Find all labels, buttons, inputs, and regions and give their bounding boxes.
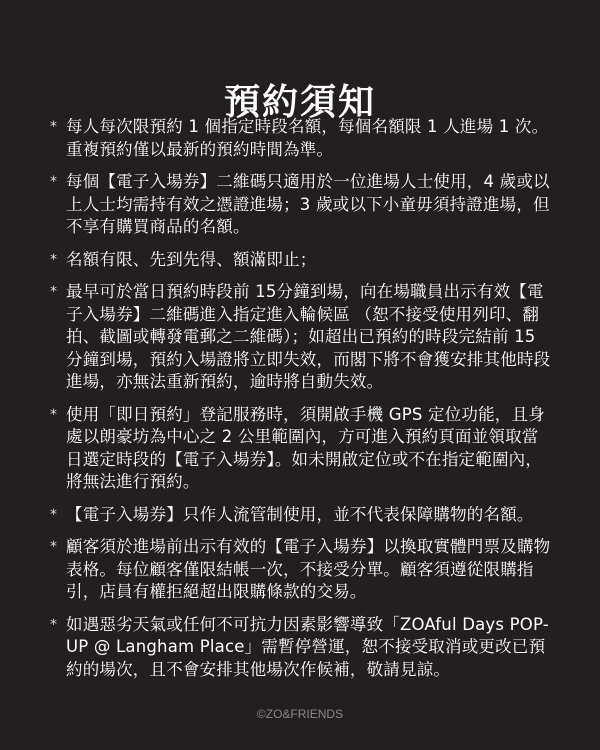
notice-item: * 如遇惡劣天氣或任何不可抗力因素影響導致「ZOAful Days POP-UP… (50, 614, 555, 682)
notice-text: 如遇惡劣天氣或任何不可抗力因素影響導致「ZOAful Days POP-UP @… (66, 615, 549, 679)
asterisk-bullet-icon: * (50, 281, 57, 304)
asterisk-bullet-icon: * (50, 404, 57, 427)
asterisk-bullet-icon: * (50, 116, 57, 139)
notice-list: * 每人每次限預約 1 個指定時段名額，每個名額限 1 人進場 1 次。重複預約… (50, 116, 555, 691)
asterisk-bullet-icon: * (50, 536, 57, 559)
asterisk-bullet-icon: * (50, 249, 57, 272)
notice-item: * 顧客須於進場前出示有效的【電子入場券】以換取實體門票及購物表格。每位顧客僅限… (50, 536, 555, 604)
notice-item: * 【電子入場券】只作人流管制使用，並不代表保障購物的名額。 (50, 504, 555, 527)
notice-text: 每個【電子入場券】二維碼只適用於一位進場人士使用，4 歲或以上人士均需持有效之憑… (66, 172, 550, 236)
notice-text: 最早可於當日預約時段前 15分鐘到場，向在場職員出示有效【電子入場券】二維碼進入… (66, 282, 550, 391)
notice-text: 使用「即日預約」登記服務時，須開啟手機 GPS 定位功能，且身處以朗豪坊為中心之… (66, 405, 545, 492)
notice-text: 顧客須於進場前出示有效的【電子入場券】以換取實體門票及購物表格。每位顧客僅限結帳… (66, 537, 550, 601)
notice-item: * 每人每次限預約 1 個指定時段名額，每個名額限 1 人進場 1 次。重複預約… (50, 116, 555, 161)
notice-item: * 每個【電子入場券】二維碼只適用於一位進場人士使用，4 歲或以上人士均需持有效… (50, 171, 555, 239)
notice-item: * 名額有限、先到先得、額滿即止； (50, 249, 555, 272)
asterisk-bullet-icon: * (50, 614, 57, 637)
notice-text: 名額有限、先到先得、額滿即止； (66, 250, 317, 269)
copyright-footer: ©ZO&FRIENDS (0, 707, 600, 721)
notice-text: 【電子入場券】只作人流管制使用，並不代表保障購物的名額。 (66, 505, 534, 524)
asterisk-bullet-icon: * (50, 504, 57, 527)
notice-text: 每人每次限預約 1 個指定時段名額，每個名額限 1 人進場 1 次。重複預約僅以… (66, 117, 548, 159)
notice-item: * 使用「即日預約」登記服務時，須開啟手機 GPS 定位功能，且身處以朗豪坊為中… (50, 404, 555, 494)
asterisk-bullet-icon: * (50, 171, 57, 194)
notice-item: * 最早可於當日預約時段前 15分鐘到場，向在場職員出示有效【電子入場券】二維碼… (50, 281, 555, 394)
